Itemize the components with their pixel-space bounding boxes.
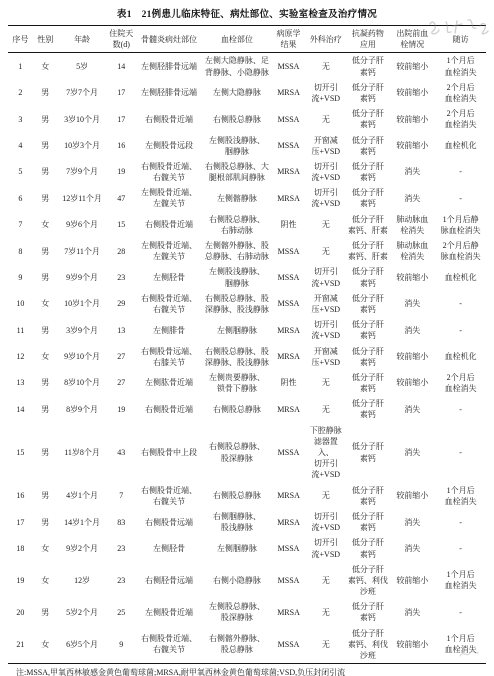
table-cell: -: [435, 159, 486, 185]
table-cell: 8岁9个月: [58, 396, 107, 422]
table-cell: 低分子肝 素钙: [346, 80, 389, 106]
table-cell: 无: [305, 599, 346, 625]
col-header-hospital-days: 住院天 数(d): [106, 26, 136, 53]
table-cell: 11: [8, 317, 33, 343]
table-cell: 阴性: [272, 370, 305, 396]
table-row: 11男3岁9个月13左侧腓骨左侧腘静脉MRSA切开引 流+VSD低分子肝 素钙消…: [8, 317, 486, 343]
table-row: 1女5岁14左侧胫腓骨远端左侧大隐静脉、足 背静脉、小隐静脉MSSA无低分子肝 …: [8, 53, 486, 80]
table-cell: 9岁2个月: [58, 535, 107, 561]
table-cell: 左侧髂外静脉、股 总静脉、右肺动脉: [202, 238, 272, 264]
table-row: 16男4岁1个月7右侧股骨近端、 右髋关节右侧股总静脉MRSA无低分子肝 素钙较…: [8, 483, 486, 509]
table-cell: 47: [106, 185, 136, 211]
table-cell: 无: [305, 483, 346, 509]
table-cell: 较前缩小: [389, 264, 435, 290]
table-cell: 23: [106, 535, 136, 561]
table-cell: 2个月后 血栓消失: [435, 80, 486, 106]
table-cell: 较前缩小: [389, 80, 435, 106]
table-row: 14男8岁9个月19右侧股骨近端右侧股总静脉MRSA无低分子肝 素钙消失-: [8, 396, 486, 422]
table-cell: 13: [8, 370, 33, 396]
table-cell: 切开引 流+VSD: [305, 264, 346, 290]
table-cell: 切开引 流+VSD: [305, 509, 346, 535]
table-row: 12女9岁10个月27右侧股骨远端、 右膝关节右侧股总静脉、股 深静脉、股浅静脉…: [8, 344, 486, 370]
table-cell: MSSA: [272, 238, 305, 264]
table-cell: 低分子肝 素钙、肝素: [346, 238, 389, 264]
table-cell: 左侧股总静脉、 股深静脉: [202, 599, 272, 625]
table-cell: MRSA: [272, 185, 305, 211]
table-cell: 8: [8, 238, 33, 264]
table-cell: 低分子肝 素钙、肝素: [346, 212, 389, 238]
table-cell: 23: [106, 562, 136, 600]
table-cell: 下腔静脉 滤器置入、 切开引 流+VSD: [305, 423, 346, 483]
table-cell: 9: [8, 264, 33, 290]
table-cell: 低分子肝 素钙: [346, 106, 389, 132]
table-row: 15男11岁8个月43右侧股骨中上段右侧股总静脉、 股深静脉MSSA下腔静脉 滤…: [8, 423, 486, 483]
table-cell: MSSA: [272, 423, 305, 483]
col-header-gender: 性别: [33, 26, 58, 53]
table-cell: 较前缩小: [389, 133, 435, 159]
table-cell: 切开引 流+VSD: [305, 80, 346, 106]
table-cell: 右侧小隐静脉: [202, 562, 272, 600]
journal-table-page: 表1 21例患儿临床特征、病灶部位、实验室检查及治疗情况 序号 性别 年龄 住院…: [8, 0, 486, 676]
table-row: 9男9岁9个月23左侧胫骨左侧股浅静脉、 腘静脉MSSA切开引 流+VSD低分子…: [8, 264, 486, 290]
table-cell: MRSA: [272, 80, 305, 106]
table-footnote: 注:MSSA,甲氧西林敏感金黄色葡萄球菌;MRSA,耐甲氧西林金黄色葡萄球菌;V…: [16, 668, 486, 676]
table-cell: 9岁9个月: [58, 264, 107, 290]
table-cell: 男: [33, 317, 58, 343]
table-cell: 右侧腘静脉、 股浅静脉: [202, 509, 272, 535]
table-cell: 右侧股骨中上段: [136, 423, 202, 483]
table-cell: 1个月后静 脉血栓消失: [435, 212, 486, 238]
col-header-followup: 随访: [435, 26, 486, 53]
table-cell: 男: [33, 106, 58, 132]
table-cell: 左侧胫骨: [136, 264, 202, 290]
table-cell: 低分子肝 素钙: [346, 133, 389, 159]
table-cell: MRSA: [272, 159, 305, 185]
table-cell: 2个月后 血栓消失: [435, 106, 486, 132]
table-row: 18女9岁2个月23左侧胫骨左侧腘静脉MSSA切开引 流+VSD低分子肝 素钙消…: [8, 535, 486, 561]
table-cell: 较前缩小: [389, 562, 435, 600]
table-cell: 低分子肝 素钙: [346, 423, 389, 483]
table-cell: 右侧股总静脉、 右肺动脉: [202, 212, 272, 238]
table-cell: 14: [106, 53, 136, 80]
table-cell: 1个月后 血栓消失: [435, 53, 486, 80]
table-cell: 左侧股骨近端: [136, 599, 202, 625]
col-header-index: 序号: [8, 26, 33, 53]
table-cell: 左侧腘静脉: [202, 317, 272, 343]
table-cell: 左侧大隐静脉: [202, 80, 272, 106]
table-cell: 消失: [389, 291, 435, 317]
table-cell: 3岁9个月: [58, 317, 107, 343]
table-cell: 男: [33, 159, 58, 185]
table-cell: 右侧股总静脉、股 深静脉、股浅静脉: [202, 291, 272, 317]
col-header-pathogen-result: 病原学 结果: [272, 26, 305, 53]
table-cell: 25: [106, 599, 136, 625]
table-cell: 右侧髂外静脉、 股总静脉: [202, 626, 272, 664]
col-header-anticoagulant: 抗凝药物 应用: [346, 26, 389, 53]
table-cell: 较前缩小: [389, 626, 435, 664]
table-cell: 16: [106, 133, 136, 159]
table-cell: 右侧股总静脉、 股深静脉: [202, 423, 272, 483]
table-cell: 右侧股骨近端、 右髋关节: [136, 291, 202, 317]
table-cell: 无: [305, 106, 346, 132]
table-cell: 14: [8, 396, 33, 422]
table-cell: 较前缩小: [389, 53, 435, 80]
table-cell: 左侧髂静脉: [202, 185, 272, 211]
table-cell: -: [435, 291, 486, 317]
table-cell: 男: [33, 396, 58, 422]
table-cell: 7岁11个月: [58, 238, 107, 264]
table-cell: 男: [33, 264, 58, 290]
table-cell: MRSA: [272, 483, 305, 509]
table-cell: 11岁8个月: [58, 423, 107, 483]
table-cell: 右侧股总静脉: [202, 396, 272, 422]
table-cell: 低分子肝 素钙: [346, 483, 389, 509]
table-cell: 女: [33, 53, 58, 80]
table-cell: 无: [305, 626, 346, 664]
table-cell: 1个月后 血栓消失: [435, 626, 486, 664]
table-cell: 14岁1个月: [58, 509, 107, 535]
table-cell: 右侧股总静脉、大 腿根部肌间静脉: [202, 159, 272, 185]
table-cell: 21: [8, 626, 33, 664]
table-cell: 9: [106, 626, 136, 664]
table-cell: 切开引 流+VSD: [305, 185, 346, 211]
table-cell: 右侧股总静脉: [202, 483, 272, 509]
table-cell: 消失: [389, 317, 435, 343]
table-cell: MRSA: [272, 509, 305, 535]
table-cell: 右侧股骨近端、 右髋关节: [136, 626, 202, 664]
table-row: 4男10岁3个月16左侧股骨远段左侧股浅静脉、 腘静脉MSSA开窗减 压+VSD…: [8, 133, 486, 159]
table-cell: 左侧肱骨近端: [136, 370, 202, 396]
table-cell: 低分子肝 素钙: [346, 599, 389, 625]
table-cell: 男: [33, 185, 58, 211]
col-header-surgical-treatment: 外科治疗: [305, 26, 346, 53]
table-cell: 血栓机化: [435, 344, 486, 370]
patient-clinical-table: 序号 性别 年龄 住院天 数(d) 骨髓炎病灶部位 血栓部位 病原学 结果 外科…: [8, 25, 486, 664]
table-row: 7女9岁6个月15右侧股骨近端右侧股总静脉、 右肺动脉阴性无低分子肝 素钙、肝素…: [8, 212, 486, 238]
table-cell: 无: [305, 238, 346, 264]
table-cell: 消失: [389, 396, 435, 422]
table-row: 8男7岁11个月28左侧股骨近端、 左髋关节左侧髂外静脉、股 总静脉、右肺动脉M…: [8, 238, 486, 264]
table-cell: 消失: [389, 509, 435, 535]
table-cell: 左侧股浅静脉、 腘静脉: [202, 264, 272, 290]
table-cell: 右侧股骨近端: [136, 106, 202, 132]
table-cell: 4岁1个月: [58, 483, 107, 509]
table-cell: 男: [33, 423, 58, 483]
table-cell: 右侧股总静脉、股 深静脉、股浅静脉: [202, 344, 272, 370]
table-cell: 2个月后 血栓消失: [435, 370, 486, 396]
table-cell: MSSA: [272, 291, 305, 317]
table-cell: 无: [305, 396, 346, 422]
table-cell: 开窗减 压+VSD: [305, 133, 346, 159]
table-cell: MSSA: [272, 53, 305, 80]
table-cell: -: [435, 535, 486, 561]
table-cell: 10: [8, 291, 33, 317]
table-cell: 19: [8, 562, 33, 600]
table-cell: 低分子肝 素钙: [346, 509, 389, 535]
table-cell: 1: [8, 53, 33, 80]
table-cell: 较前缩小: [389, 106, 435, 132]
table-cell: 左侧股骨近端、 左髋关节: [136, 238, 202, 264]
table-cell: 血栓机化: [435, 264, 486, 290]
table-cell: 男: [33, 483, 58, 509]
table-cell: -: [435, 509, 486, 535]
table-cell: MRSA: [272, 396, 305, 422]
table-cell: 男: [33, 238, 58, 264]
table-cell: 右侧股骨远端、 右膝关节: [136, 344, 202, 370]
table-cell: 83: [106, 509, 136, 535]
table-cell: 左侧贵要静脉、 锁骨下静脉: [202, 370, 272, 396]
table-cell: 女: [33, 535, 58, 561]
table-cell: 低分子肝 素钙: [346, 53, 389, 80]
table-cell: 右侧胫骨远端: [136, 562, 202, 600]
table-cell: 阴性: [272, 212, 305, 238]
table-cell: 较前缩小: [389, 483, 435, 509]
table-cell: 低分子肝 素钙: [346, 344, 389, 370]
table-cell: 右侧股骨近端: [136, 212, 202, 238]
table-cell: 无: [305, 562, 346, 600]
table-cell: 较前缩小: [389, 344, 435, 370]
table-cell: 切开引 流+VSD: [305, 535, 346, 561]
table-cell: 右侧股骨近端: [136, 396, 202, 422]
table-cell: 9岁6个月: [58, 212, 107, 238]
table-cell: 15: [106, 212, 136, 238]
table-cell: 7岁9个月: [58, 159, 107, 185]
table-cell: 1个月后 血栓消失: [435, 483, 486, 509]
table-cell: 男: [33, 80, 58, 106]
col-header-thrombus-site: 血栓部位: [202, 26, 272, 53]
table-cell: -: [435, 185, 486, 211]
table-cell: MRSA: [272, 599, 305, 625]
table-cell: 消失: [389, 599, 435, 625]
table-cell: 左侧股骨近端、 左髋关节: [136, 185, 202, 211]
table-cell: 男: [33, 370, 58, 396]
table-cell: 27: [106, 344, 136, 370]
table-cell: 消失: [389, 185, 435, 211]
table-cell: 17: [106, 106, 136, 132]
table-row: 21女6岁5个月9右侧股骨近端、 右髋关节右侧髂外静脉、 股总静脉MSSA无低分…: [8, 626, 486, 664]
table-title: 表1 21例患儿临床特征、病灶部位、实验室检查及治疗情况: [8, 6, 486, 20]
table-cell: 3: [8, 106, 33, 132]
table-cell: MSSA: [272, 535, 305, 561]
table-cell: 10岁3个月: [58, 133, 107, 159]
table-cell: -: [435, 396, 486, 422]
table-cell: MSSA: [272, 106, 305, 132]
table-cell: 无: [305, 53, 346, 80]
table-cell: 9岁10个月: [58, 344, 107, 370]
table-cell: 28: [106, 238, 136, 264]
table-cell: 12: [8, 344, 33, 370]
table-cell: 右侧股总静脉: [202, 106, 272, 132]
table-cell: 无: [305, 212, 346, 238]
table-cell: 低分子肝 素钙、利伐 沙班: [346, 562, 389, 600]
table-cell: 8岁10个月: [58, 370, 107, 396]
table-cell: 29: [106, 291, 136, 317]
table-cell: 男: [33, 509, 58, 535]
table-cell: 3岁10个月: [58, 106, 107, 132]
table-cell: 低分子肝 素钙: [346, 317, 389, 343]
col-header-osteomyelitis-site: 骨髓炎病灶部位: [136, 26, 202, 53]
table-cell: 20: [8, 599, 33, 625]
table-body: 1女5岁14左侧胫腓骨远端左侧大隐静脉、足 背静脉、小隐静脉MSSA无低分子肝 …: [8, 53, 486, 664]
table-cell: 19: [106, 159, 136, 185]
table-cell: 低分子肝 素钙: [346, 370, 389, 396]
table-cell: 12岁11个月: [58, 185, 107, 211]
table-cell: 开窗减 压+VSD: [305, 291, 346, 317]
table-cell: 5岁: [58, 53, 107, 80]
table-cell: 6岁5个月: [58, 626, 107, 664]
table-cell: 左侧股骨远段: [136, 133, 202, 159]
table-cell: 女: [33, 344, 58, 370]
table-row: 10女10岁1个月29右侧股骨近端、 右髋关节右侧股总静脉、股 深静脉、股浅静脉…: [8, 291, 486, 317]
table-cell: MRSA: [272, 344, 305, 370]
table-cell: 19: [106, 396, 136, 422]
table-cell: 7岁7个月: [58, 80, 107, 106]
table-cell: 17: [106, 80, 136, 106]
table-cell: 左侧大隐静脉、足 背静脉、小隐静脉: [202, 53, 272, 80]
table-cell: 消失: [389, 535, 435, 561]
table-cell: 2: [8, 80, 33, 106]
table-cell: 右侧股骨近端、 右髋关节: [136, 159, 202, 185]
table-cell: 6: [8, 185, 33, 211]
table-cell: -: [435, 317, 486, 343]
table-cell: 消失: [389, 159, 435, 185]
table-cell: MSSA: [272, 626, 305, 664]
table-cell: 较前缩小: [389, 370, 435, 396]
col-header-age: 年龄: [58, 26, 107, 53]
table-cell: 16: [8, 483, 33, 509]
table-row: 5男7岁9个月19右侧股骨近端、 右髋关节右侧股总静脉、大 腿根部肌间静脉MRS…: [8, 159, 486, 185]
table-cell: -: [435, 423, 486, 483]
table-cell: 低分子肝 素钙: [346, 291, 389, 317]
table-cell: 血栓机化: [435, 133, 486, 159]
table-cell: 左侧腓骨: [136, 317, 202, 343]
table-cell: 右侧股骨近端、 右髋关节: [136, 483, 202, 509]
table-row: 17男14岁1个月83右侧股骨远端右侧腘静脉、 股浅静脉MRSA切开引 流+VS…: [8, 509, 486, 535]
table-cell: 5: [8, 159, 33, 185]
table-cell: 左侧股浅静脉、 腘静脉: [202, 133, 272, 159]
table-cell: 低分子肝 素钙、利伐 沙班: [346, 626, 389, 664]
table-cell: 左侧胫腓骨远端: [136, 53, 202, 80]
table-cell: 左侧胫腓骨远端: [136, 80, 202, 106]
table-row: 3男3岁10个月17右侧股骨近端右侧股总静脉MSSA无低分子肝 素钙较前缩小2个…: [8, 106, 486, 132]
col-header-discharge-thrombus-status: 出院前血 栓情况: [389, 26, 435, 53]
table-cell: 女: [33, 212, 58, 238]
table-cell: 7: [106, 483, 136, 509]
table-cell: 5岁2个月: [58, 599, 107, 625]
table-cell: 7: [8, 212, 33, 238]
table-row: 2男7岁7个月17左侧胫腓骨远端左侧大隐静脉MRSA切开引 流+VSD低分子肝 …: [8, 80, 486, 106]
table-cell: 18: [8, 535, 33, 561]
table-cell: MSSA: [272, 133, 305, 159]
table-cell: 27: [106, 370, 136, 396]
table-cell: 女: [33, 626, 58, 664]
table-cell: MSSA: [272, 264, 305, 290]
table-cell: 女: [33, 291, 58, 317]
table-cell: 15: [8, 423, 33, 483]
table-row: 20男5岁2个月25左侧股骨近端左侧股总静脉、 股深静脉MRSA无低分子肝 素钙…: [8, 599, 486, 625]
table-cell: 低分子肝 素钙: [346, 396, 389, 422]
table-cell: 12岁: [58, 562, 107, 600]
table-cell: 肺动脉血 栓消失: [389, 212, 435, 238]
table-cell: 13: [106, 317, 136, 343]
table-cell: 消失: [389, 423, 435, 483]
table-cell: 4: [8, 133, 33, 159]
table-cell: 切开引 流+VSD: [305, 317, 346, 343]
table-cell: 男: [33, 133, 58, 159]
table-cell: 低分子肝 素钙: [346, 185, 389, 211]
table-row: 6男12岁11个月47左侧股骨近端、 左髋关节左侧髂静脉MRSA切开引 流+VS…: [8, 185, 486, 211]
table-cell: 女: [33, 562, 58, 600]
table-cell: MRSA: [272, 317, 305, 343]
table-cell: 肺动脉血 栓消失: [389, 238, 435, 264]
table-cell: 右侧股骨远端: [136, 509, 202, 535]
table-row: 13男8岁10个月27左侧肱骨近端左侧贵要静脉、 锁骨下静脉阴性无低分子肝 素钙…: [8, 370, 486, 396]
table-row: 19女12岁23右侧胫骨远端右侧小隐静脉MSSA无低分子肝 素钙、利伐 沙班较前…: [8, 562, 486, 600]
table-header: 序号 性别 年龄 住院天 数(d) 骨髓炎病灶部位 血栓部位 病原学 结果 外科…: [8, 26, 486, 53]
table-cell: 开窗减 压+VSD: [305, 344, 346, 370]
table-cell: 男: [33, 599, 58, 625]
table-cell: 无: [305, 370, 346, 396]
table-cell: -: [435, 599, 486, 625]
table-cell: 左侧胫骨: [136, 535, 202, 561]
table-cell: MSSA: [272, 562, 305, 600]
table-cell: 43: [106, 423, 136, 483]
table-cell: 低分子肝 素钙: [346, 535, 389, 561]
table-cell: 低分子肝 素钙: [346, 264, 389, 290]
table-cell: 17: [8, 509, 33, 535]
table-cell: 低分子肝 素钙: [346, 159, 389, 185]
table-cell: 23: [106, 264, 136, 290]
table-cell: 1个月后 血栓消失: [435, 562, 486, 600]
table-cell: 2个月后静 脉血栓消失: [435, 238, 486, 264]
table-cell: 左侧腘静脉: [202, 535, 272, 561]
header-row: 序号 性别 年龄 住院天 数(d) 骨髓炎病灶部位 血栓部位 病原学 结果 外科…: [8, 26, 486, 53]
table-cell: 切开引 流+VSD: [305, 159, 346, 185]
table-cell: 10岁1个月: [58, 291, 107, 317]
